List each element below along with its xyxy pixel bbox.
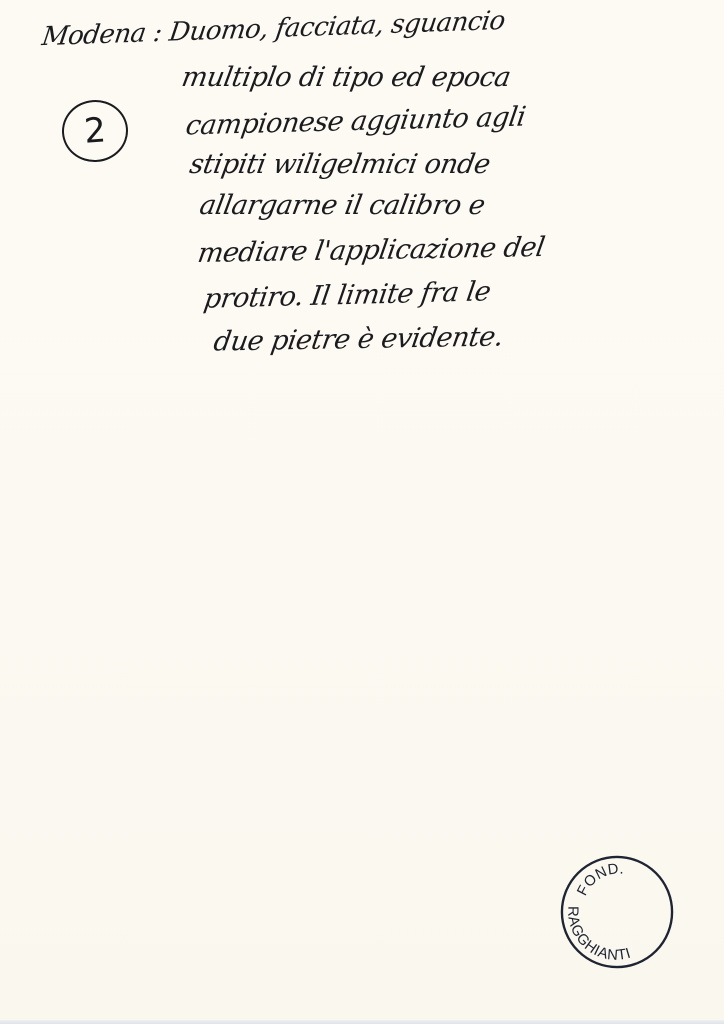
handwritten-line-2: multiplo di tipo ed epoca [179, 62, 513, 93]
handwritten-line-4: stipiti wiligelmici onde [187, 149, 492, 180]
stamp-top-text: FOND. [575, 861, 625, 898]
stamp-bottom-text: RAGGHIANTI [564, 906, 633, 964]
handwritten-line-5: allargarne il calibro e [197, 190, 487, 221]
handwritten-line-8: due pietre è evidente. [212, 321, 506, 357]
handwritten-line-1: Modena : Duomo, facciata, sguancio [40, 6, 507, 52]
photo-card-back: Modena : Duomo, facciata, sguancio multi… [0, 0, 724, 1024]
circled-number: 2 [60, 98, 130, 164]
handwritten-line-7: protiro. Il limite fra le [202, 276, 493, 315]
handwritten-line-6: mediare l'applicazione del [196, 232, 547, 269]
foundation-stamp: FOND. RAGGHIANTI [558, 853, 676, 971]
stamp-circle-icon: FOND. RAGGHIANTI [558, 853, 676, 971]
card-bottom-edge [0, 1020, 724, 1024]
handwritten-line-3: campionese aggiunto agli [184, 101, 528, 141]
